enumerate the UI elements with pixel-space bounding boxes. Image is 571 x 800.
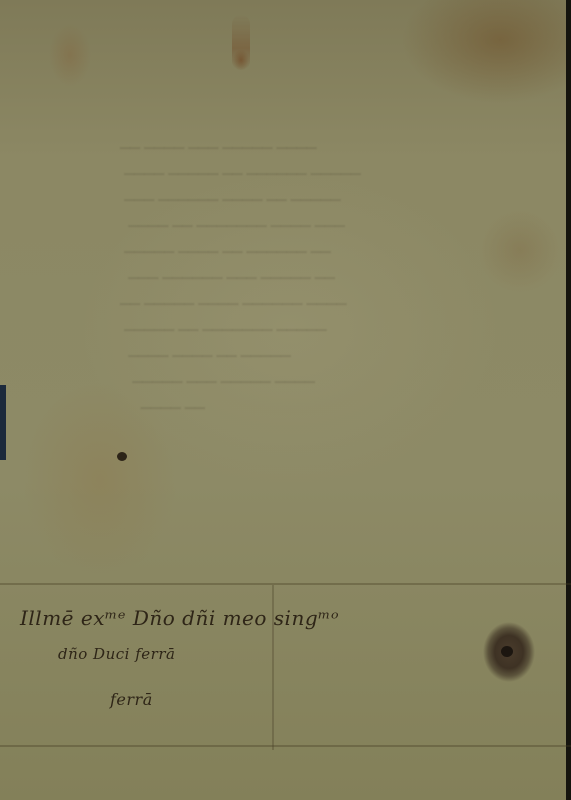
address-line-3: ferrā: [110, 690, 153, 709]
scan-edge-left: [0, 385, 6, 460]
manuscript-page: ▁▁ ▁▁▁▁ ▁▁▁ ▁▁▁▁▁ ▁▁▁▁ ▁▁▁▁ ▁▁▁▁▁ ▁▁ ▁▁▁…: [0, 0, 571, 800]
address-line-2: dño Duci ferrā: [58, 645, 175, 663]
ink-spot: [117, 452, 127, 461]
wax-seal: [483, 620, 538, 690]
address-line-1: Illmē exᵐᵉ Dño dñi meo singᵐᵒ: [20, 606, 339, 630]
seal-impression: [501, 646, 513, 657]
bleed-through-text: ▁▁ ▁▁▁▁ ▁▁▁ ▁▁▁▁▁ ▁▁▁▁ ▁▁▁▁ ▁▁▁▁▁ ▁▁ ▁▁▁…: [120, 130, 480, 450]
address-endorsement: Illmē exᵐᵉ Dño dñi meo singᵐᵒ dño Duci f…: [18, 590, 268, 730]
scan-edge-right: [566, 0, 571, 800]
water-stain: [232, 15, 250, 70]
fold-line-horizontal: [0, 583, 571, 585]
fold-line-horizontal-bottom: [0, 745, 571, 747]
